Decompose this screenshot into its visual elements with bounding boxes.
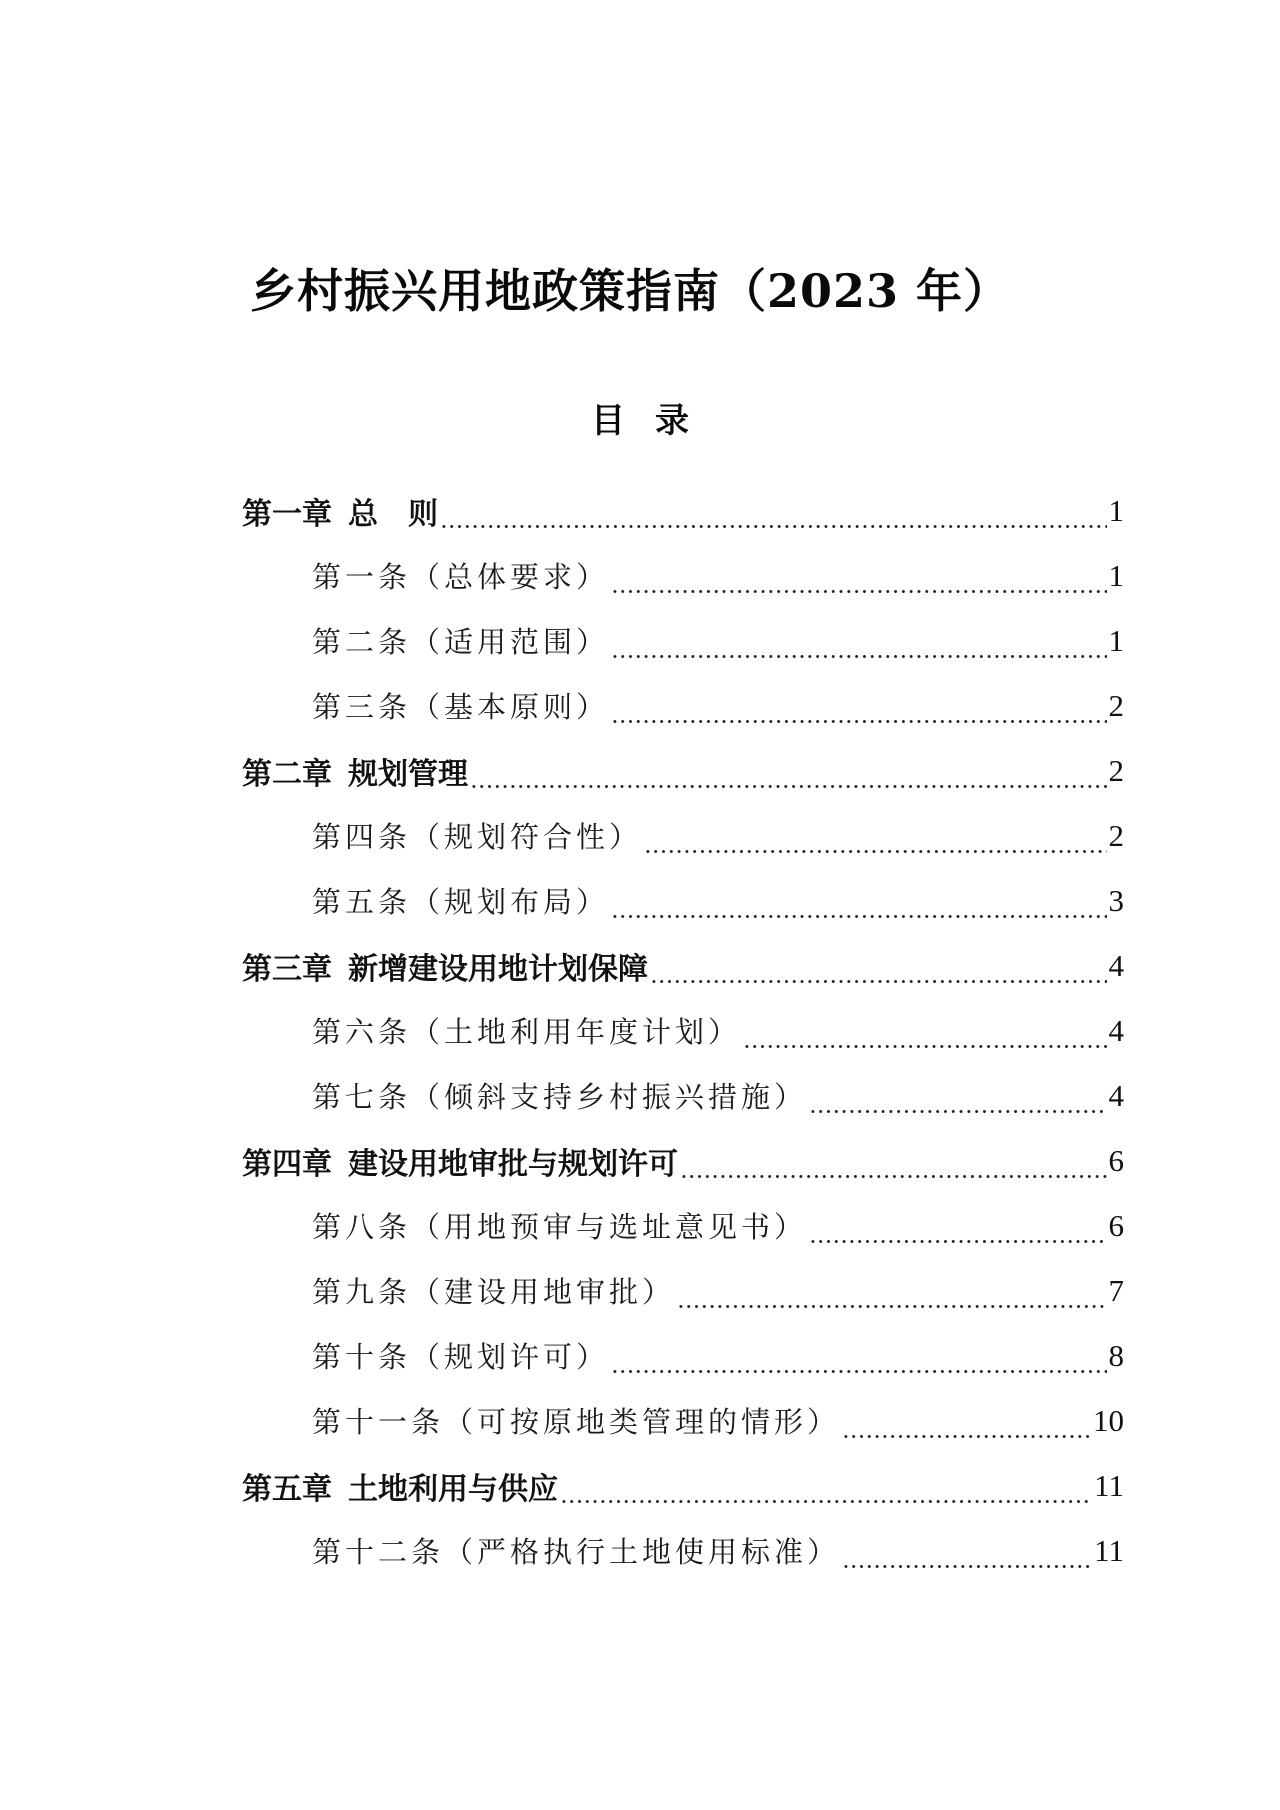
toc-page-number: 3 [1109, 883, 1125, 919]
toc-article-4[interactable]: 第四条（规划符合性） 2 [242, 803, 1124, 868]
toc-entry-label: 第四条（规划符合性） [312, 815, 642, 856]
toc-article-7[interactable]: 第七条（倾斜支持乡村振兴措施） 4 [242, 1063, 1124, 1128]
toc-entry-label: 第二章规划管理 [242, 749, 468, 793]
toc-heading-char-1: 目 [591, 393, 625, 442]
dot-leader [470, 759, 1107, 789]
toc-chapter-4[interactable]: 第四章建设用地审批与规划许可 6 [242, 1128, 1124, 1193]
toc-entry-label: 第十二条（严格执行土地使用标准） [312, 1530, 840, 1571]
toc-entry-label: 第十条（规划许可） [312, 1335, 609, 1376]
toc-entry-label: 第四章建设用地审批与规划许可 [242, 1139, 678, 1183]
toc-article-2[interactable]: 第二条（适用范围） 1 [242, 608, 1124, 673]
toc-page-number: 4 [1109, 1078, 1125, 1114]
dot-leader [809, 1084, 1106, 1114]
toc-entry-label: 第五章土地利用与供应 [242, 1464, 558, 1508]
toc-entry-label: 第十一条（可按原地类管理的情形） [312, 1400, 840, 1441]
toc-page-number: 8 [1109, 1338, 1125, 1374]
dot-leader [560, 1474, 1092, 1504]
toc-chapter-5[interactable]: 第五章土地利用与供应 11 [242, 1453, 1124, 1518]
toc-article-12[interactable]: 第十二条（严格执行土地使用标准） 11 [242, 1518, 1124, 1583]
toc-article-6[interactable]: 第六条（土地利用年度计划） 4 [242, 998, 1124, 1063]
toc-chapter-1[interactable]: 第一章总 则 1 [242, 478, 1124, 543]
toc-page-number: 2 [1109, 818, 1125, 854]
toc-page-number: 11 [1094, 1533, 1124, 1569]
toc-article-11[interactable]: 第十一条（可按原地类管理的情形） 10 [242, 1388, 1124, 1453]
toc-page-number: 1 [1109, 558, 1125, 594]
toc-entry-label: 第六条（土地利用年度计划） [312, 1010, 741, 1051]
toc-heading-char-2: 录 [655, 393, 689, 442]
toc-article-10[interactable]: 第十条（规划许可） 8 [242, 1323, 1124, 1388]
dot-leader [677, 1279, 1106, 1309]
dot-leader [611, 694, 1106, 724]
toc-page-number: 10 [1093, 1403, 1124, 1439]
dot-leader [611, 889, 1106, 919]
toc-page-number: 11 [1094, 1468, 1124, 1504]
dot-leader [440, 499, 1107, 529]
toc-page-number: 6 [1109, 1143, 1125, 1179]
toc-chapter-2[interactable]: 第二章规划管理 2 [242, 738, 1124, 803]
toc-page-number: 6 [1109, 1208, 1125, 1244]
dot-leader [644, 824, 1106, 854]
toc-page-number: 4 [1109, 948, 1125, 984]
dot-leader [611, 564, 1106, 594]
toc-page-number: 1 [1109, 493, 1125, 529]
toc-article-9[interactable]: 第九条（建设用地审批） 7 [242, 1258, 1124, 1323]
dot-leader [680, 1149, 1107, 1179]
toc-page-number: 2 [1109, 753, 1125, 789]
toc-article-1[interactable]: 第一条（总体要求） 1 [242, 543, 1124, 608]
toc-entry-label: 第八条（用地预审与选址意见书） [312, 1205, 807, 1246]
dot-leader [842, 1539, 1092, 1569]
dot-leader [611, 629, 1106, 659]
toc-entry-label: 第一章总 则 [242, 489, 438, 533]
toc-entry-label: 第九条（建设用地审批） [312, 1270, 675, 1311]
toc-entry-label: 第三章新增建设用地计划保障 [242, 944, 648, 988]
toc-article-5[interactable]: 第五条（规划布局） 3 [242, 868, 1124, 933]
toc-page-number: 2 [1109, 688, 1125, 724]
toc-entry-label: 第二条（适用范围） [312, 620, 609, 661]
dot-leader [743, 1019, 1106, 1049]
toc-article-3[interactable]: 第三条（基本原则） 2 [242, 673, 1124, 738]
dot-leader [650, 954, 1107, 984]
toc-page-number: 7 [1109, 1273, 1125, 1309]
toc-heading: 目录 [0, 393, 1280, 442]
table-of-contents: 第一章总 则 1 第一条（总体要求） 1 第二条（适用范围） 1 第三条（基本原… [242, 478, 1124, 1583]
dot-leader [809, 1214, 1106, 1244]
toc-entry-label: 第一条（总体要求） [312, 555, 609, 596]
dot-leader [611, 1344, 1106, 1374]
toc-entry-label: 第五条（规划布局） [312, 880, 609, 921]
dot-leader [842, 1409, 1091, 1439]
toc-entry-label: 第三条（基本原则） [312, 685, 609, 726]
toc-entry-label: 第七条（倾斜支持乡村振兴措施） [312, 1075, 807, 1116]
document-title: 乡村振兴用地政策指南（2023 年） [0, 255, 1260, 321]
toc-page-number: 1 [1109, 623, 1125, 659]
toc-chapter-3[interactable]: 第三章新增建设用地计划保障 4 [242, 933, 1124, 998]
toc-article-8[interactable]: 第八条（用地预审与选址意见书） 6 [242, 1193, 1124, 1258]
toc-page-number: 4 [1109, 1013, 1125, 1049]
